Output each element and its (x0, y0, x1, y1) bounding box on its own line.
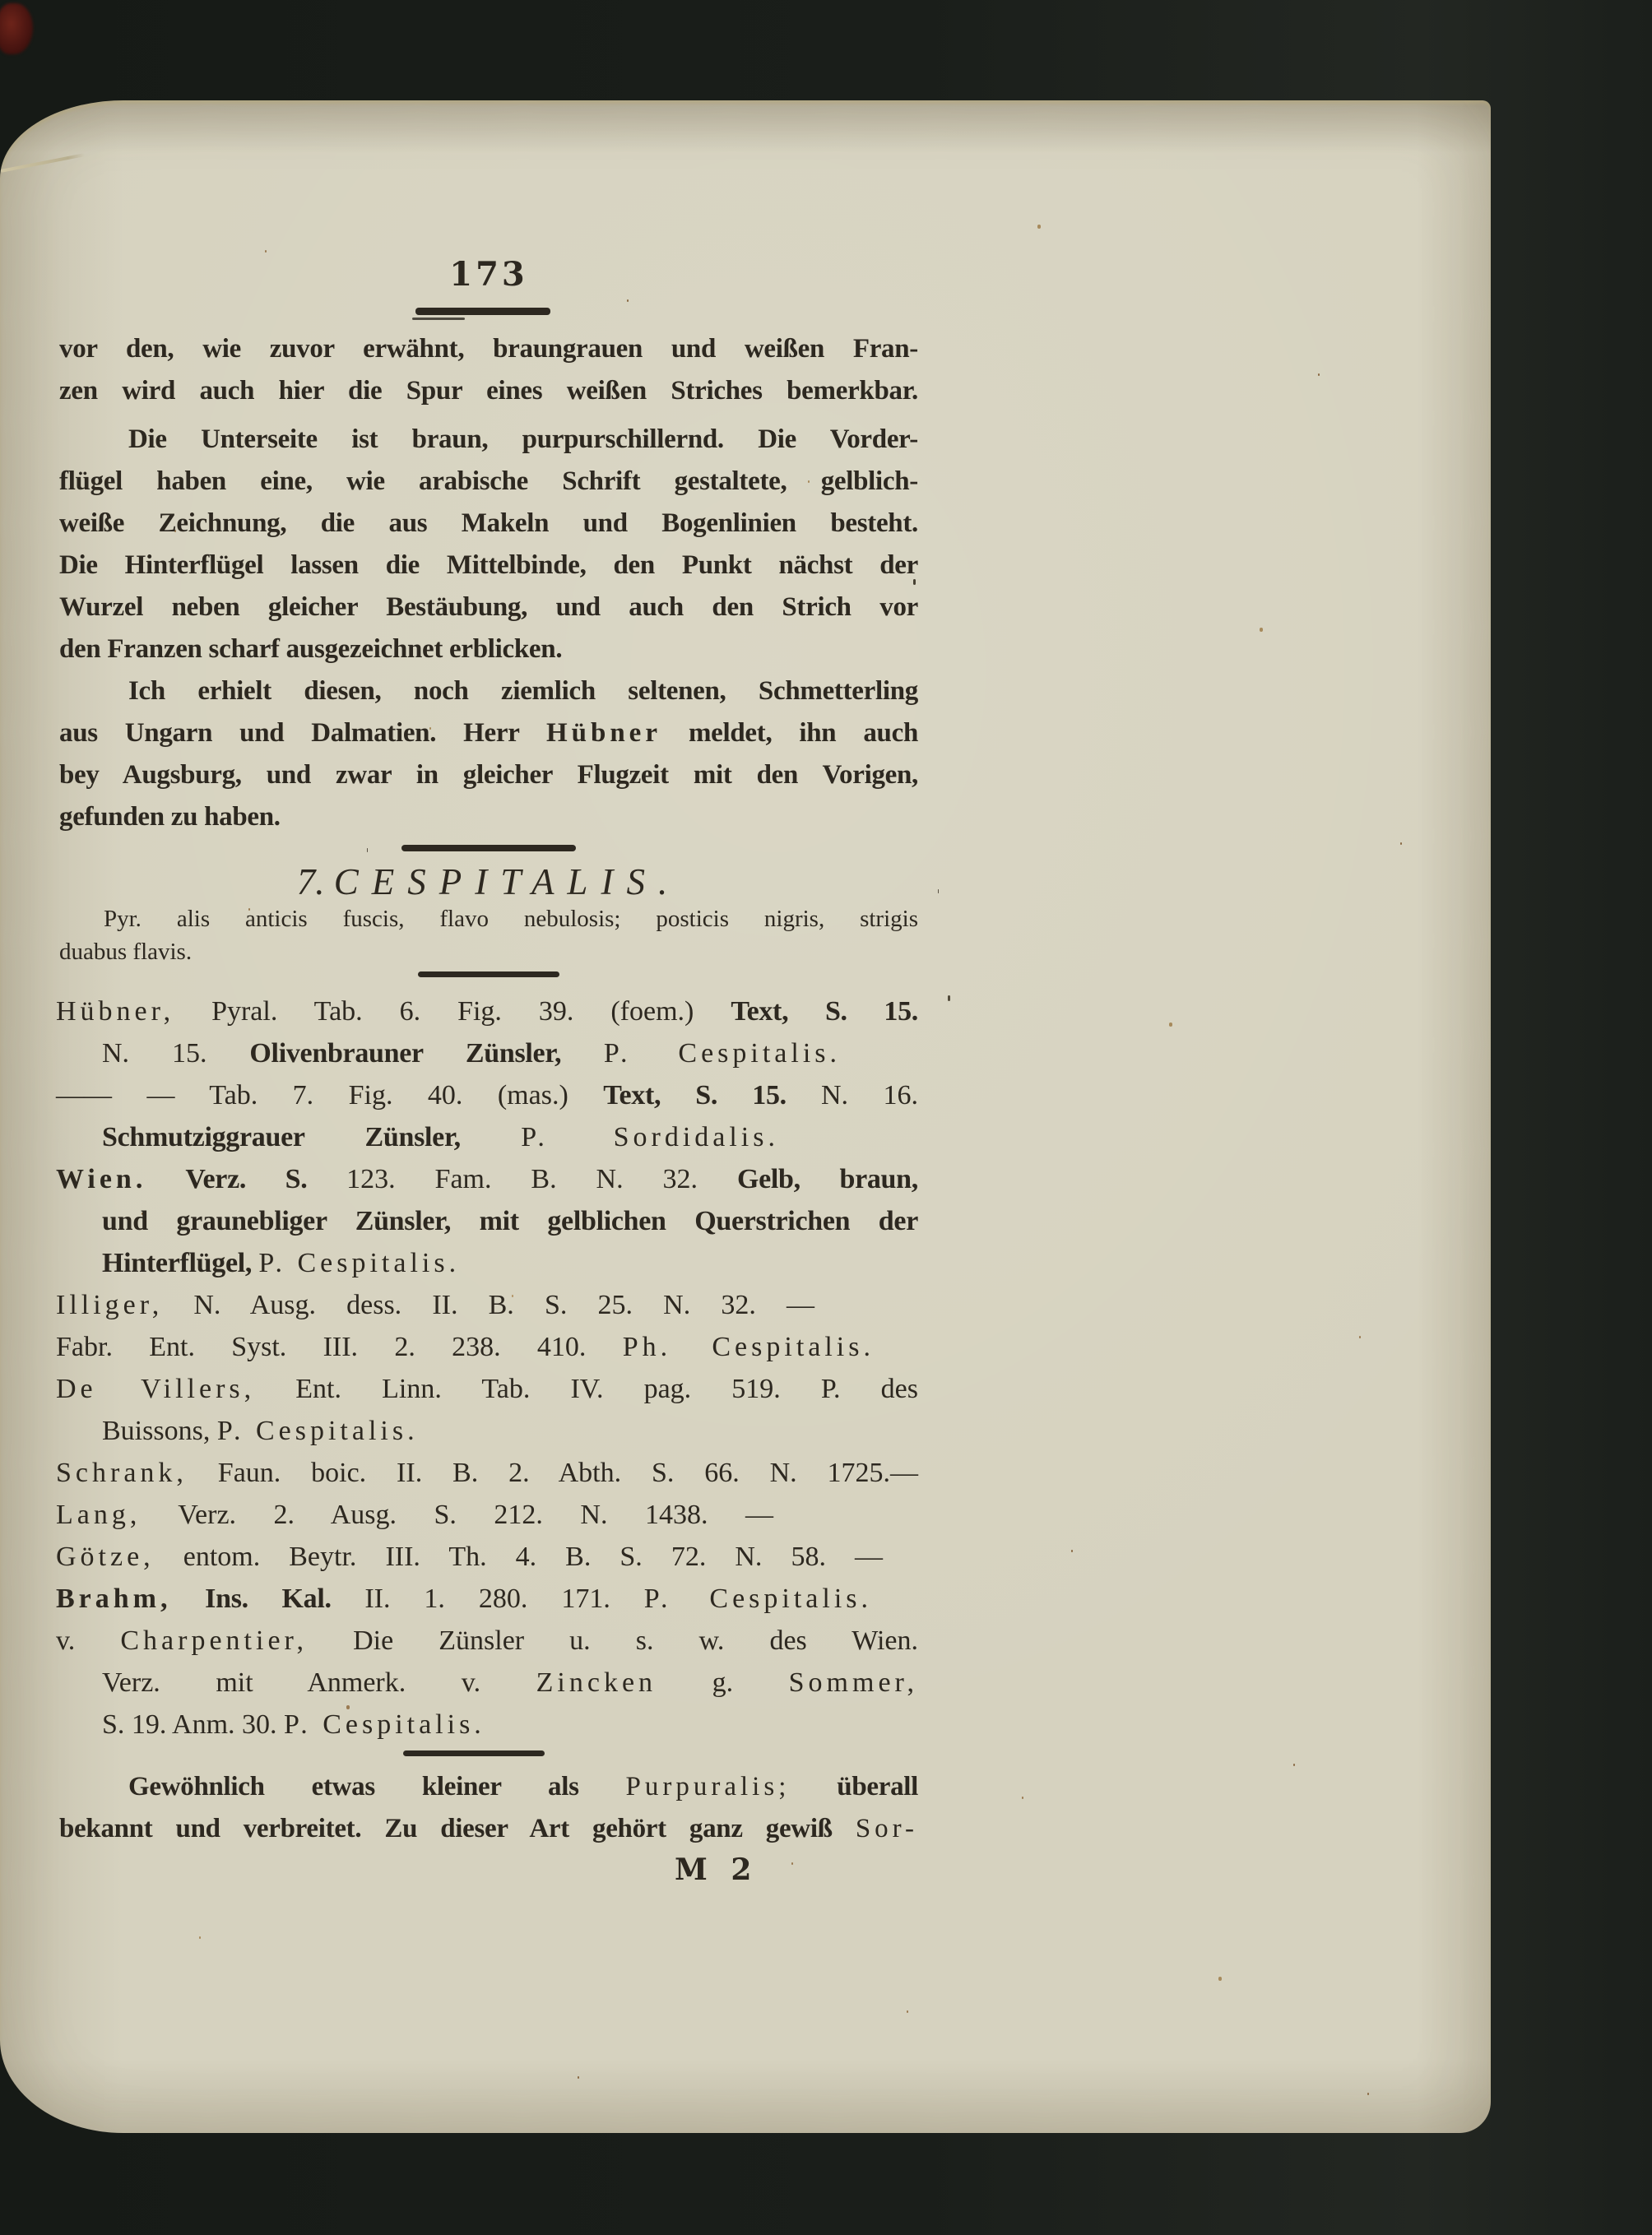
text-line: Hübner, Pyral. Tab. 6. Fig. 39. (foem.) … (56, 990, 918, 1032)
text-segment: Illiger, (56, 1290, 163, 1320)
text-segment: —— — Tab. 7. Fig. 40. (mas.) (56, 1080, 603, 1111)
text-segment: Ich erhielt diesen, noch ziemlich selten… (128, 676, 918, 706)
text-segment: Schrank, (56, 1458, 188, 1488)
page-header: 173 (59, 253, 918, 315)
text-line: Buissons, P. Cespitalis. (59, 1410, 918, 1452)
citation-brahm: Brahm, Ins. Kal. II. 1. 280. 171. P. Ces… (59, 1578, 918, 1620)
text-segment: den Franzen scharf ausgezeichnet erblick… (59, 634, 562, 664)
text-segment: P. Cespitalis. (258, 1248, 460, 1278)
text-segment: Text, S. 15. (731, 996, 918, 1027)
text-segment: Verz. mit Anmerk. v. (102, 1667, 536, 1698)
text-segment: Schmutziggrauer Zünsler, (102, 1122, 521, 1152)
text-segment: bekannt und verbreitet. Zu dieser Art ge… (59, 1814, 856, 1843)
text-segment: duabus flavis. (59, 939, 192, 965)
text-line: Wien. Verz. S. 123. Fam. B. N. 32. Gelb,… (56, 1158, 918, 1200)
text-line: weiße Zeichnung, die aus Makeln und Boge… (59, 503, 918, 545)
text-segment: S. 19. Anm. 30. (102, 1709, 284, 1740)
text-line: Wurzel neben gleicher Bestäubung, und au… (59, 587, 918, 628)
citation-wien-verz: Wien. Verz. S. 123. Fam. B. N. 32. Gelb,… (59, 1158, 918, 1284)
citation-huebner-2: —— — Tab. 7. Fig. 40. (mas.) Text, S. 15… (59, 1074, 918, 1158)
closing-rule (403, 1750, 545, 1756)
text-segment: und graunebliger Zünsler, mit gelblichen… (102, 1206, 918, 1236)
text-line: —— — Tab. 7. Fig. 40. (mas.) Text, S. 15… (56, 1074, 918, 1116)
text-segment: N. Ausg. dess. II. B. S. 25. N. 32. — (163, 1290, 814, 1320)
text-segment: Faun. boic. II. B. 2. Abth. S. 66. N. 17… (188, 1458, 918, 1488)
text-segment: Zincken (536, 1667, 657, 1698)
text-line: bekannt und verbreitet. Zu dieser Art ge… (59, 1808, 918, 1850)
text-segment: CESPITALIS. (334, 861, 680, 902)
text-segment: De Villers, (56, 1374, 255, 1404)
latin-diagnosis: Pyr. alis anticis fuscis, flavo nebulosi… (59, 902, 918, 968)
text-segment: Fabr. Ent. Syst. III. 2. 238. 410. (56, 1332, 623, 1362)
text-line: Lang, Verz. 2. Ausg. S. 212. N. 1438. — (56, 1494, 773, 1536)
text-segment: Sor- (856, 1814, 918, 1843)
citation-illiger: Illiger, N. Ausg. dess. II. B. S. 25. N.… (59, 1284, 918, 1326)
text-segment: Wien. (56, 1164, 146, 1194)
text-segment: Verz. 2. Ausg. S. 212. N. 1438. — (141, 1500, 773, 1530)
text-segment: v. (56, 1625, 120, 1656)
text-segment: Ent. Linn. Tab. IV. pag. 519. P. des (255, 1374, 918, 1404)
text-line: und graunebliger Zünsler, mit gelblichen… (59, 1200, 918, 1242)
text-line: v. Charpentier, Die Zünsler u. s. w. des… (56, 1620, 918, 1662)
text-line: Die Hinterflügel lassen die Mittelbinde,… (59, 545, 918, 587)
text-line: Ich erhielt diesen, noch ziemlich selten… (59, 670, 918, 712)
text-line: vor den, wie zuvor erwähnt, braungrauen … (59, 328, 918, 370)
citation-de-villers: De Villers, Ent. Linn. Tab. IV. pag. 519… (59, 1368, 918, 1452)
text-segment: Sommer, (789, 1667, 918, 1698)
text-segment: Die Unterseite ist braun, purpurschiller… (128, 424, 918, 454)
page-number: 173 (59, 253, 918, 296)
scan-background: 173 vor den, wie zuvor erwähnt, braungra… (0, 0, 1652, 2235)
text-segment: zen wird auch hier die Spur eines weißen… (59, 376, 918, 406)
text-column: 173 vor den, wie zuvor erwähnt, braungra… (59, 100, 918, 1890)
text-segment: Purpuralis; (626, 1772, 791, 1801)
citation-fabricius: Fabr. Ent. Syst. III. 2. 238. 410. Ph. C… (59, 1326, 918, 1368)
text-line: zen wird auch hier die Spur eines weißen… (59, 370, 918, 412)
text-segment: Pyr. alis anticis fuscis, flavo nebulosi… (104, 906, 918, 932)
text-line: S. 19. Anm. 30. P. Cespitalis. (59, 1704, 918, 1746)
page-number-rule (415, 308, 550, 315)
text-line: Brahm, Ins. Kal. II. 1. 280. 171. P. Ces… (56, 1578, 872, 1620)
text-line: flügel haben eine, wie arabische Schrift… (59, 461, 918, 503)
text-line: Illiger, N. Ausg. dess. II. B. S. 25. N.… (56, 1284, 814, 1326)
text-segment: Charpentier, (120, 1625, 308, 1656)
text-line: Schmutziggrauer Zünsler, P. Sordidalis. (59, 1116, 779, 1158)
text-line: gefunden zu haben. (59, 796, 918, 838)
text-segment: P. Cespitalis. (217, 1416, 419, 1446)
text-segment: 123. Fam. B. N. 32. (346, 1164, 737, 1194)
text-segment: Verz. S. (146, 1164, 346, 1194)
text-segment: Gelb, braun, (737, 1164, 918, 1194)
citation-schrank: Schrank, Faun. boic. II. B. 2. Abth. S. … (59, 1452, 918, 1494)
text-segment: Ins. Kal. (172, 1584, 365, 1614)
text-segment: Hübner, (56, 996, 174, 1027)
paragraph-ich-erhielt: Ich erhielt diesen, noch ziemlich selten… (59, 670, 918, 838)
species-heading: 7. CESPITALIS. (59, 861, 918, 902)
text-line: 7. CESPITALIS. (59, 861, 918, 902)
signature-mark: M 2 (675, 1850, 918, 1890)
citation-goetze: Götze, entom. Beytr. III. Th. 4. B. S. 7… (59, 1536, 918, 1578)
text-segment: Text, S. 15. (603, 1080, 821, 1111)
citation-charpentier: v. Charpentier, Die Zünsler u. s. w. des… (59, 1620, 918, 1746)
text-segment: Lang, (56, 1500, 141, 1530)
text-segment: Die Hinterflügel lassen die Mittelbinde,… (59, 550, 918, 580)
text-segment: Brahm, (56, 1584, 172, 1614)
text-segment: P. Cespitalis. (284, 1709, 485, 1740)
text-segment: Die Zünsler u. s. w. des Wien. (308, 1625, 918, 1656)
text-segment: bey Augsburg, und zwar in gleicher Flugz… (59, 760, 918, 790)
text-segment: P. Cespitalis. (644, 1584, 872, 1614)
text-segment: Buissons, (102, 1416, 217, 1446)
text-line: Verz. mit Anmerk. v. Zincken g. Sommer, (59, 1662, 918, 1704)
book-page: 173 vor den, wie zuvor erwähnt, braungra… (0, 100, 1491, 2133)
paragraph-gewoehnlich: Gewöhnlich etwas kleiner als Purpuralis;… (59, 1766, 918, 1850)
text-segment: 7. (297, 861, 334, 902)
text-line: den Franzen scharf ausgezeichnet erblick… (59, 628, 918, 670)
text-line: Hinterflügel, P. Cespitalis. (59, 1242, 918, 1284)
text-segment: N. 16. (821, 1080, 918, 1111)
text-line: bey Augsburg, und zwar in gleicher Flugz… (59, 754, 918, 796)
text-segment: P. Cespitalis. (604, 1038, 841, 1069)
text-segment: aus Ungarn und Dalmatien. Herr (59, 718, 546, 748)
text-segment: vor den, wie zuvor erwähnt, braungrauen … (59, 334, 918, 364)
book-spine-fragment (0, 3, 33, 54)
text-line: Fabr. Ent. Syst. III. 2. 238. 410. Ph. C… (56, 1326, 875, 1368)
text-line: duabus flavis. (59, 935, 918, 968)
section-rule (401, 845, 576, 851)
text-segment: Wurzel neben gleicher Bestäubung, und au… (59, 592, 918, 622)
text-segment: meldet, ihn auch (661, 718, 918, 748)
text-line: aus Ungarn und Dalmatien. Herr Hübner me… (59, 712, 918, 754)
text-segment: g. (657, 1667, 789, 1698)
text-segment: N. 15. (102, 1038, 249, 1069)
text-segment: entom. Beytr. III. Th. 4. B. S. 72. N. 5… (155, 1542, 883, 1572)
citation-huebner-1: Hübner, Pyral. Tab. 6. Fig. 39. (foem.) … (59, 990, 918, 1074)
paragraph-franzen: vor den, wie zuvor erwähnt, braungrauen … (59, 328, 918, 412)
text-segment: weiße Zeichnung, die aus Makeln und Boge… (59, 508, 918, 538)
text-segment: Hinterflügel, (102, 1248, 258, 1278)
text-segment: überall (790, 1772, 918, 1801)
text-line: Schrank, Faun. boic. II. B. 2. Abth. S. … (56, 1452, 918, 1494)
text-line: N. 15. Olivenbrauner Zünsler, P. Cespita… (59, 1032, 841, 1074)
text-segment: Hübner (546, 718, 661, 748)
text-segment: II. 1. 280. 171. (364, 1584, 643, 1614)
text-line: Götze, entom. Beytr. III. Th. 4. B. S. 7… (56, 1536, 883, 1578)
text-line: Gewöhnlich etwas kleiner als Purpuralis;… (59, 1766, 918, 1808)
text-line: De Villers, Ent. Linn. Tab. IV. pag. 519… (56, 1368, 918, 1410)
text-segment: Götze, (56, 1542, 155, 1572)
diagnosis-rule (418, 971, 559, 977)
text-line: Die Unterseite ist braun, purpurschiller… (59, 419, 918, 461)
text-segment: flügel haben eine, wie arabische Schrift… (59, 466, 918, 496)
text-segment: P. Sordidalis. (521, 1122, 779, 1152)
text-segment: Gewöhnlich etwas kleiner als (128, 1772, 626, 1801)
paragraph-unterseite: Die Unterseite ist braun, purpurschiller… (59, 419, 918, 670)
flow-host: vor den, wie zuvor erwähnt, braungrauen … (59, 328, 918, 1850)
text-segment: Ph. Cespitalis. (623, 1332, 875, 1362)
text-line: Pyr. alis anticis fuscis, flavo nebulosi… (59, 902, 918, 935)
text-segment: gefunden zu haben. (59, 802, 281, 832)
citation-lang: Lang, Verz. 2. Ausg. S. 212. N. 1438. — (59, 1494, 918, 1536)
text-segment: Pyral. Tab. 6. Fig. 39. (foem.) (174, 996, 731, 1027)
text-segment: Olivenbrauner Zünsler, (249, 1038, 603, 1069)
